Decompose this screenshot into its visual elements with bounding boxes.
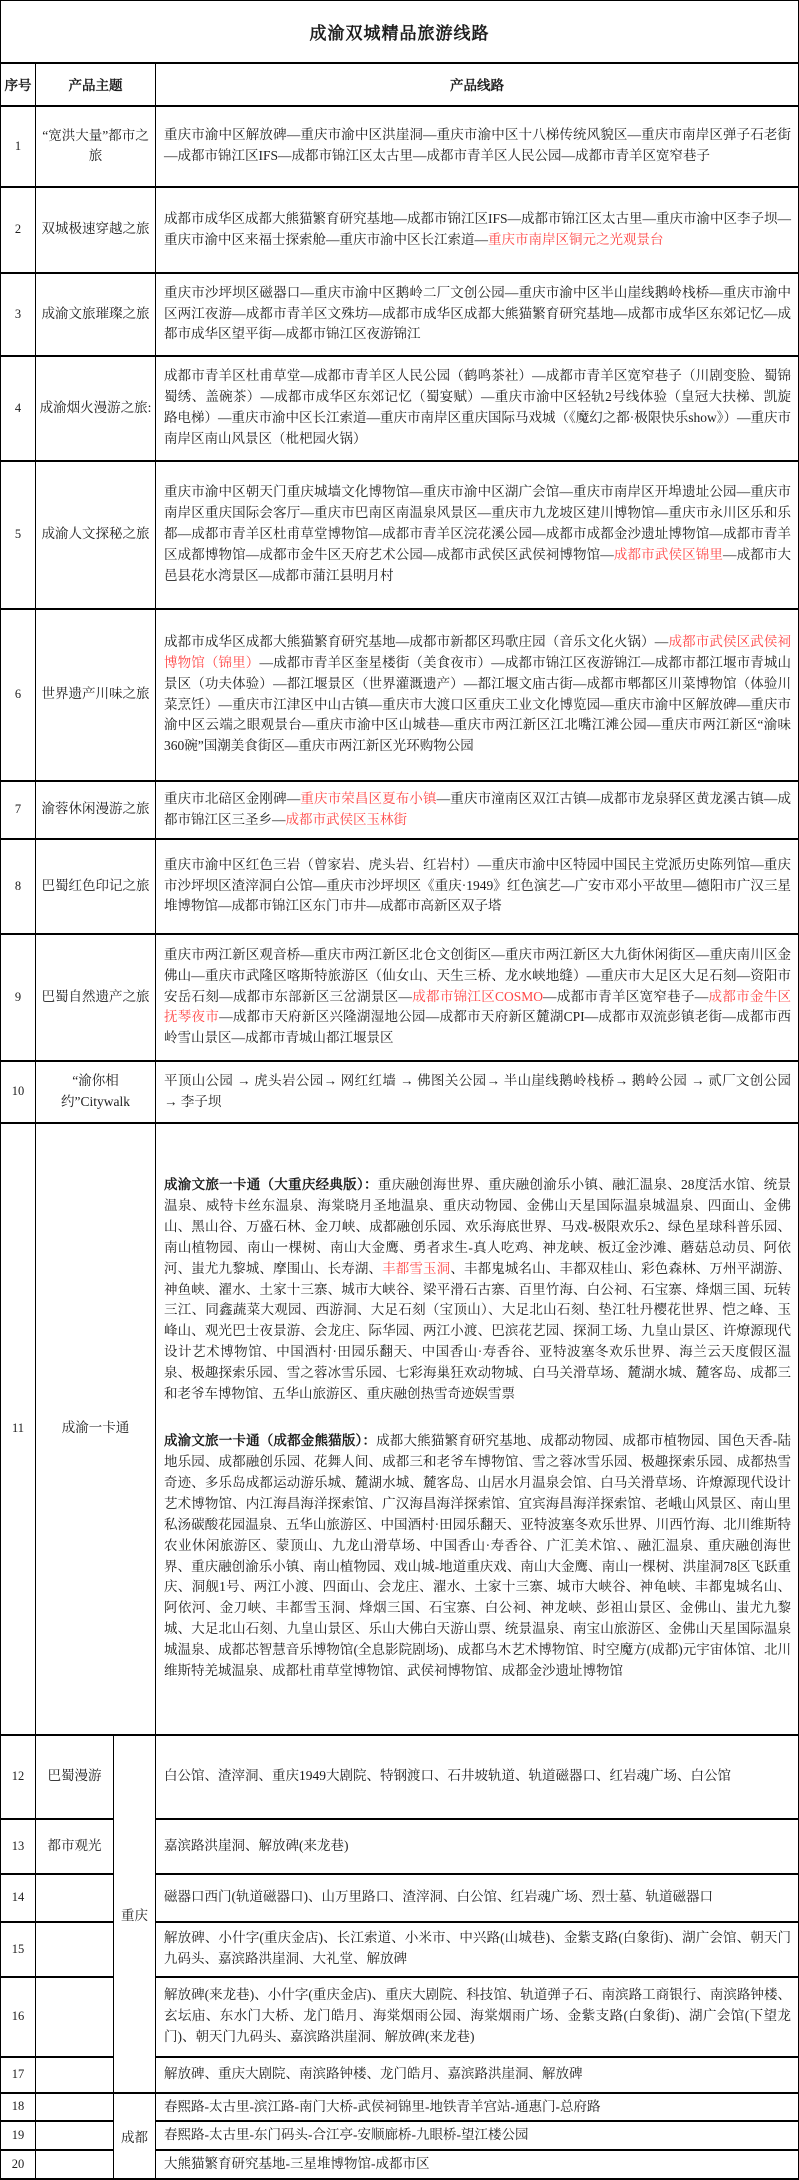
table-row: 12巴蜀漫游重庆白公馆、渣滓洞、重庆1949大剧院、特钢渡口、石井坡轨道、轨道磁… (1, 1735, 799, 1819)
row-number: 12 (1, 1735, 36, 1819)
row-number: 2 (1, 187, 36, 273)
product-theme (36, 2150, 114, 2179)
route-segment: 、丰都鬼城名山、丰都双桂山、彩色森林、万州平湖游、神鱼峡、濯水、土家十三寨、城市… (164, 1261, 791, 1402)
column-header-theme: 产品主题 (36, 63, 156, 106)
route-paragraph: 重庆市渝中区红色三岩（曾家岩、虎头岩、红岩村）—重庆市渝中区特园中国民主党派历史… (164, 855, 791, 918)
row-number: 15 (1, 1922, 36, 1977)
table-row: 7渝蓉休闲漫游之旅重庆市北碚区金刚碑—重庆市荣昌区夏布小镇—重庆市潼南区双江古镇… (1, 781, 799, 839)
product-route: 解放碑、重庆大剧院、南滨路钟楼、龙门皓月、嘉滨路洪崖洞、解放碑 (156, 2057, 799, 2093)
route-paragraph: 重庆市沙坪坝区磁器口—重庆市渝中区鹅岭二厂文创公园—重庆市渝中区半山崖线鹅岭栈桥… (164, 283, 791, 346)
product-theme: 都市观光 (36, 1819, 114, 1874)
table-row: 6世界遗产川味之旅成都市成华区成都大熊猫繁育研究基地—成都市新都区玛歌庄园（音乐… (1, 609, 799, 781)
route-segment-highlighted: 成都市武侯区玉林街 (286, 812, 408, 827)
product-route: 磁器口西门(轨道磁器口)、山万里路口、渣滓洞、白公馆、红岩魂广场、烈士墓、轨道磁… (156, 1874, 799, 1922)
route-paragraph: 磁器口西门(轨道磁器口)、山万里路口、渣滓洞、白公馆、红岩魂广场、烈士墓、轨道磁… (164, 1887, 791, 1908)
row-number: 7 (1, 781, 36, 839)
product-theme: 成渝文旅璀璨之旅 (36, 273, 156, 356)
route-segment: 春熙路-太古里-东门码头-合江亭-安顺廊桥-九眼桥-望江楼公园 (164, 2127, 528, 2142)
routes-table-body: 成渝双城精品旅游线路 序号 产品主题 产品线路 1“宽洪大量”都市之旅重庆市渝中… (1, 1, 799, 2180)
route-segment: 成都市成华区成都大熊猫繁育研究基地—成都市锦江区IFS—成都市锦江区太古里—重庆… (164, 211, 791, 247)
product-theme (36, 1874, 114, 1922)
route-paragraph: 重庆市渝中区朝天门重庆城墙文化博物馆—重庆市渝中区湖广会馆—重庆市南岸区开埠遗址… (164, 482, 791, 587)
product-theme: 成渝烟火漫游之旅: (36, 356, 156, 461)
route-paragraph: 白公馆、渣滓洞、重庆1949大剧院、特钢渡口、石井坡轨道、轨道磁器口、红岩魂广场… (164, 1766, 791, 1787)
route-segment: 嘉滨路洪崖洞、解放碑(来龙巷) (164, 1838, 349, 1853)
product-theme: 双城极速穿越之旅 (36, 187, 156, 273)
product-route: 大熊猫繁育研究基地-三星堆博物馆-成都市区 (156, 2150, 799, 2179)
route-segment-highlighted: 成都市武侯区锦里 (614, 547, 723, 562)
route-segment: 成都市青羊区杜甫草堂—成都市青羊区人民公园（鹤鸣茶社）—成都市青羊区宽窄巷子（川… (164, 368, 791, 446)
table-row: 2双城极速穿越之旅成都市成华区成都大熊猫繁育研究基地—成都市锦江区IFS—成都市… (1, 187, 799, 273)
row-number: 4 (1, 356, 36, 461)
product-theme (36, 2093, 114, 2122)
row-number: 17 (1, 2057, 36, 2093)
row-number: 11 (1, 1123, 36, 1735)
route-segment: 成渝文旅一卡通（大重庆经典版）： (164, 1177, 378, 1192)
product-route: 嘉滨路洪崖洞、解放碑(来龙巷) (156, 1819, 799, 1874)
route-paragraph: 成都市青羊区杜甫草堂—成都市青羊区人民公园（鹤鸣茶社）—成都市青羊区宽窄巷子（川… (164, 366, 791, 450)
product-route: 重庆市渝中区解放碑—重庆市渝中区洪崖洞—重庆市渝中区十八梯传统风貌区—重庆市南岸… (156, 106, 799, 187)
page-title: 成渝双城精品旅游线路 (1, 1, 799, 63)
table-row: 11成渝一卡通成渝文旅一卡通（大重庆经典版）：重庆融创海世界、重庆融创渝乐小镇、… (1, 1123, 799, 1735)
route-segment: 解放碑、小什字(重庆金店)、长江索道、小米市、中兴路(山城巷)、金紫支路(白象街… (164, 1930, 791, 1966)
row-number: 16 (1, 1977, 36, 2057)
row-number: 9 (1, 934, 36, 1061)
route-paragraph: 重庆市渝中区解放碑—重庆市渝中区洪崖洞—重庆市渝中区十八梯传统风貌区—重庆市南岸… (164, 125, 791, 167)
product-route: 重庆市渝中区红色三岩（曾家岩、虎头岩、红岩村）—重庆市渝中区特园中国民主党派历史… (156, 839, 799, 934)
row-number: 3 (1, 273, 36, 356)
route-segment-highlighted: 成都市锦江区COSMO (412, 989, 543, 1004)
product-route: 成都市青羊区杜甫草堂—成都市青羊区人民公园（鹤鸣茶社）—成都市青羊区宽窄巷子（川… (156, 356, 799, 461)
route-paragraph: 解放碑(来龙巷)、小什字(重庆金店)、重庆大剧院、科技馆、轨道弹子石、南滨路工商… (164, 1985, 791, 2048)
product-route: 成都市成华区成都大熊猫繁育研究基地—成都市锦江区IFS—成都市锦江区太古里—重庆… (156, 187, 799, 273)
route-segment-highlighted: 重庆市荣昌区夏布小镇 (300, 791, 436, 806)
route-segment: 成都大熊猫繁育研究基地、成都动物园、成都市植物园、国色天香-陆地乐园、成都融创乐… (164, 1433, 791, 1678)
row-number: 5 (1, 461, 36, 609)
row-number: 13 (1, 1819, 36, 1874)
row-number: 8 (1, 839, 36, 934)
product-route: 春熙路-太古里-滨江路-南门大桥-武侯祠锦里-地铁青羊宫站-通惠门-总府路 (156, 2093, 799, 2122)
route-segment: 成渝文旅一卡通（成都金熊猫版）： (164, 1433, 376, 1448)
route-paragraph: 大熊猫繁育研究基地-三星堆博物馆-成都市区 (164, 2154, 791, 2175)
column-header-route: 产品线路 (156, 63, 799, 106)
route-paragraph: 春熙路-太古里-东门码头-合江亭-安顺廊桥-九眼桥-望江楼公园 (164, 2125, 791, 2146)
column-header-no: 序号 (1, 63, 36, 106)
route-segment: 重庆市北碚区金刚碑— (164, 791, 300, 806)
product-theme: 世界遗产川味之旅 (36, 609, 156, 781)
row-number: 6 (1, 609, 36, 781)
route-segment: 重庆市沙坪坝区磁器口—重庆市渝中区鹅岭二厂文创公园—重庆市渝中区半山崖线鹅岭栈桥… (164, 285, 791, 342)
product-theme (36, 1977, 114, 2057)
route-segment: —成都市天府新区兴隆湖湿地公园—成都市天府新区麓湖CPI—成都市双流彭镇老街—成… (164, 1009, 791, 1045)
city-group-label: 重庆 (114, 1735, 156, 2093)
product-theme: “渝你相约”Citywalk (36, 1061, 156, 1123)
route-paragraph: 重庆市北碚区金刚碑—重庆市荣昌区夏布小镇—重庆市潼南区双江古镇—成都市龙泉驿区黄… (164, 789, 791, 831)
table-row: 5成渝人文探秘之旅重庆市渝中区朝天门重庆城墙文化博物馆—重庆市渝中区湖广会馆—重… (1, 461, 799, 609)
product-theme (36, 2121, 114, 2150)
product-theme: 巴蜀红色印记之旅 (36, 839, 156, 934)
route-segment: 重庆市渝中区解放碑—重庆市渝中区洪崖洞—重庆市渝中区十八梯传统风貌区—重庆市南岸… (164, 127, 791, 163)
row-number: 10 (1, 1061, 36, 1123)
route-segment: 磁器口西门(轨道磁器口)、山万里路口、渣滓洞、白公馆、红岩魂广场、烈士墓、轨道磁… (164, 1889, 713, 1904)
title-row: 成渝双城精品旅游线路 (1, 1, 799, 63)
route-paragraph: 嘉滨路洪崖洞、解放碑(来龙巷) (164, 1836, 791, 1857)
route-paragraph: 成都市成华区成都大熊猫繁育研究基地—成都市新都区玛歌庄园（音乐文化火锅）—成都市… (164, 632, 791, 758)
product-theme: 成渝一卡通 (36, 1123, 156, 1735)
header-row: 序号 产品主题 产品线路 (1, 63, 799, 106)
route-segment: —成都市青羊区宽窄巷子— (543, 989, 708, 1004)
table-row: 4成渝烟火漫游之旅:成都市青羊区杜甫草堂—成都市青羊区人民公园（鹤鸣茶社）—成都… (1, 356, 799, 461)
route-paragraph: 解放碑、重庆大剧院、南滨路钟楼、龙门皓月、嘉滨路洪崖洞、解放碑 (164, 2064, 791, 2085)
product-route: 白公馆、渣滓洞、重庆1949大剧院、特钢渡口、石井坡轨道、轨道磁器口、红岩魂广场… (156, 1735, 799, 1819)
row-number: 18 (1, 2093, 36, 2122)
table-row: 1“宽洪大量”都市之旅重庆市渝中区解放碑—重庆市渝中区洪崖洞—重庆市渝中区十八梯… (1, 106, 799, 187)
product-route: 重庆市两江新区观音桥—重庆市两江新区北仓文创街区—重庆市两江新区大九街休闲街区—… (156, 934, 799, 1061)
product-route: 重庆市北碚区金刚碑—重庆市荣昌区夏布小镇—重庆市潼南区双江古镇—成都市龙泉驿区黄… (156, 781, 799, 839)
route-segment: 春熙路-太古里-滨江路-南门大桥-武侯祠锦里-地铁青羊宫站-通惠门-总府路 (164, 2099, 600, 2114)
product-route: 春熙路-太古里-东门码头-合江亭-安顺廊桥-九眼桥-望江楼公园 (156, 2121, 799, 2150)
product-theme: 成渝人文探秘之旅 (36, 461, 156, 609)
route-segment-highlighted: 重庆市南岸区铜元之光观景台 (488, 232, 664, 247)
product-theme (36, 2057, 114, 2093)
route-paragraph: 成渝文旅一卡通（成都金熊猫版）：成都大熊猫繁育研究基地、成都动物园、成都市植物园… (164, 1431, 791, 1682)
route-segment: 白公馆、渣滓洞、重庆1949大剧院、特钢渡口、石井坡轨道、轨道磁器口、红岩魂广场… (164, 1768, 731, 1783)
row-number: 14 (1, 1874, 36, 1922)
table-row: 9巴蜀自然遗产之旅重庆市两江新区观音桥—重庆市两江新区北仓文创街区—重庆市两江新… (1, 934, 799, 1061)
product-route: 成渝文旅一卡通（大重庆经典版）：重庆融创海世界、重庆融创渝乐小镇、融汇温泉、28… (156, 1123, 799, 1735)
product-route: 解放碑(来龙巷)、小什字(重庆金店)、重庆大剧院、科技馆、轨道弹子石、南滨路工商… (156, 1977, 799, 2057)
product-theme: “宽洪大量”都市之旅 (36, 106, 156, 187)
route-paragraph: 春熙路-太古里-滨江路-南门大桥-武侯祠锦里-地铁青羊宫站-通惠门-总府路 (164, 2097, 791, 2118)
route-paragraph: 重庆市两江新区观音桥—重庆市两江新区北仓文创街区—重庆市两江新区大九街休闲街区—… (164, 945, 791, 1050)
row-number: 19 (1, 2121, 36, 2150)
product-route: 解放碑、小什字(重庆金店)、长江索道、小米市、中兴路(山城巷)、金紫支路(白象街… (156, 1922, 799, 1977)
row-number: 20 (1, 2150, 36, 2179)
product-theme: 巴蜀自然遗产之旅 (36, 934, 156, 1061)
table-row: 8巴蜀红色印记之旅重庆市渝中区红色三岩（曾家岩、虎头岩、红岩村）—重庆市渝中区特… (1, 839, 799, 934)
route-segment: 平顶山公园 → 虎头岩公园→ 网红红墙 → 佛图关公园→ 半山崖线鹅岭栈桥→ 鹅… (164, 1073, 791, 1109)
route-segment: 大熊猫繁育研究基地-三星堆博物馆-成都市区 (164, 2156, 430, 2171)
table-row: 18成都春熙路-太古里-滨江路-南门大桥-武侯祠锦里-地铁青羊宫站-通惠门-总府… (1, 2093, 799, 2122)
product-route: 平顶山公园 → 虎头岩公园→ 网红红墙 → 佛图关公园→ 半山崖线鹅岭栈桥→ 鹅… (156, 1061, 799, 1123)
route-segment-highlighted: 丰都雪玉洞 (382, 1261, 450, 1276)
product-route: 成都市成华区成都大熊猫繁育研究基地—成都市新都区玛歌庄园（音乐文化火锅）—成都市… (156, 609, 799, 781)
route-segment: 解放碑、重庆大剧院、南滨路钟楼、龙门皓月、嘉滨路洪崖洞、解放碑 (164, 2066, 583, 2081)
table-row: 10“渝你相约”Citywalk平顶山公园 → 虎头岩公园→ 网红红墙 → 佛图… (1, 1061, 799, 1123)
product-route: 重庆市沙坪坝区磁器口—重庆市渝中区鹅岭二厂文创公园—重庆市渝中区半山崖线鹅岭栈桥… (156, 273, 799, 356)
table-row: 3成渝文旅璀璨之旅重庆市沙坪坝区磁器口—重庆市渝中区鹅岭二厂文创公园—重庆市渝中… (1, 273, 799, 356)
route-paragraph: 成渝文旅一卡通（大重庆经典版）：重庆融创海世界、重庆融创渝乐小镇、融汇温泉、28… (164, 1175, 791, 1405)
route-paragraph: 平顶山公园 → 虎头岩公园→ 网红红墙 → 佛图关公园→ 半山崖线鹅岭栈桥→ 鹅… (164, 1071, 791, 1113)
product-theme (36, 1922, 114, 1977)
row-number: 1 (1, 106, 36, 187)
product-route: 重庆市渝中区朝天门重庆城墙文化博物馆—重庆市渝中区湖广会馆—重庆市南岸区开埠遗址… (156, 461, 799, 609)
routes-table: 成渝双城精品旅游线路 序号 产品主题 产品线路 1“宽洪大量”都市之旅重庆市渝中… (0, 0, 799, 2180)
route-segment: 成都市成华区成都大熊猫繁育研究基地—成都市新都区玛歌庄园（音乐文化火锅）— (164, 634, 668, 649)
route-paragraph: 解放碑、小什字(重庆金店)、长江索道、小米市、中兴路(山城巷)、金紫支路(白象街… (164, 1928, 791, 1970)
product-theme: 巴蜀漫游 (36, 1735, 114, 1819)
route-segment: 重庆市渝中区红色三岩（曾家岩、虎头岩、红岩村）—重庆市渝中区特园中国民主党派历史… (164, 857, 791, 914)
route-paragraph: 成都市成华区成都大熊猫繁育研究基地—成都市锦江区IFS—成都市锦江区太古里—重庆… (164, 209, 791, 251)
product-theme: 渝蓉休闲漫游之旅 (36, 781, 156, 839)
city-group-label: 成都 (114, 2093, 156, 2180)
route-segment: —成都市青羊区奎星楼街（美食夜市）—成都市锦江区夜游锦江—成都市都江堰市青城山景… (164, 655, 791, 754)
route-segment: 解放碑(来龙巷)、小什字(重庆金店)、重庆大剧院、科技馆、轨道弹子石、南滨路工商… (164, 1987, 791, 2044)
